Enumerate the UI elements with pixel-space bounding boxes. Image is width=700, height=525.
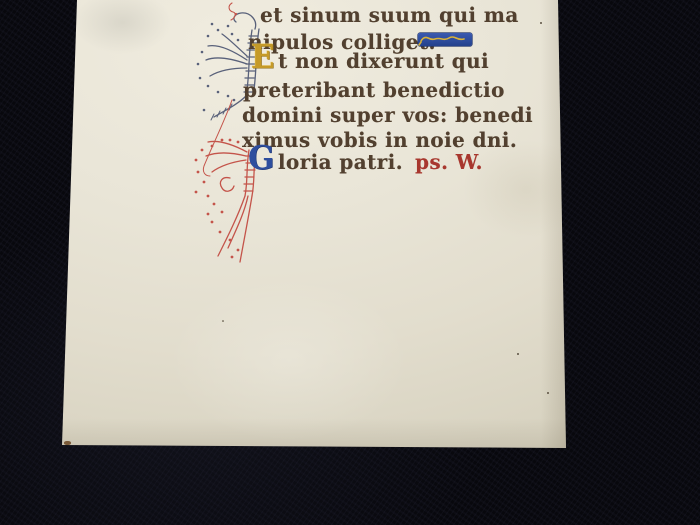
line-text: domini super vos: benedi bbox=[242, 102, 533, 127]
red-hairline-flourish bbox=[203, 100, 232, 176]
photo-stage: et sinum suum qui ma nipulos colliget. E… bbox=[0, 0, 700, 525]
manuscript-leaf: et sinum suum qui ma nipulos colliget. E… bbox=[62, 0, 566, 450]
line-filler-bar bbox=[418, 33, 472, 46]
line-text: preteribant benedictio bbox=[243, 77, 505, 102]
red-marginal-squiggle bbox=[229, 3, 237, 20]
parchment-speck bbox=[547, 392, 549, 394]
line-text: et sinum suum qui ma bbox=[260, 2, 519, 27]
line-text: loria patri. bbox=[278, 149, 403, 174]
manuscript-line: G loria patri. ps. W. bbox=[248, 147, 483, 174]
corner-stain bbox=[64, 441, 71, 445]
manuscript-line: et sinum suum qui ma bbox=[260, 2, 519, 27]
illuminated-initial-G: G bbox=[248, 147, 275, 170]
line-text: t non dixerunt qui bbox=[278, 48, 489, 73]
illuminated-initial-E: E bbox=[251, 46, 275, 69]
parchment-speck bbox=[540, 22, 542, 24]
red-penwork-dots bbox=[195, 139, 240, 259]
manuscript-line: preteribant benedictio bbox=[243, 77, 505, 102]
manuscript-line: E t non dixerunt qui bbox=[251, 46, 489, 73]
parchment-speck bbox=[517, 353, 519, 355]
blue-penwork-dots bbox=[197, 23, 240, 112]
rubric-text: ps. W. bbox=[415, 149, 483, 174]
parchment-speck bbox=[222, 320, 224, 322]
manuscript-line: domini super vos: benedi bbox=[242, 102, 533, 127]
line-filler-squiggle bbox=[418, 33, 472, 46]
